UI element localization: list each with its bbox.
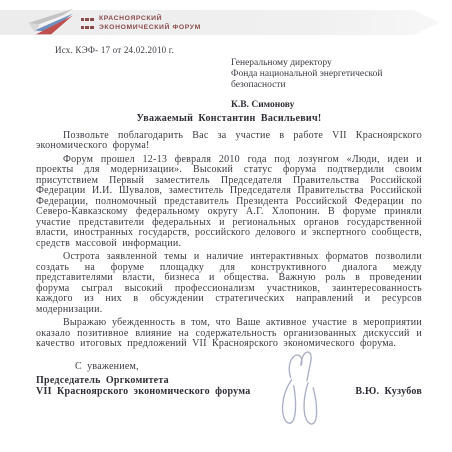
addressee-name: К.В. Симонову bbox=[231, 100, 431, 111]
logo-mark-icon bbox=[81, 16, 94, 33]
addressee-line: Генеральному директору bbox=[231, 58, 431, 69]
forum-logo-text: КРАСНОЯРСКИЙ ЭКОНОМИЧЕСКИЙ ФОРУМ bbox=[99, 15, 201, 32]
paragraph-4: Выражаю убежденность в том, что Ваше акт… bbox=[36, 318, 422, 350]
outgoing-reference: Исх. КЭФ- 17 от 24.02.2010 г. bbox=[55, 45, 174, 55]
paragraph-3: Острота заявленной темы и наличие интера… bbox=[36, 252, 422, 315]
forum-logo-line1: КРАСНОЯРСКИЙ bbox=[99, 15, 201, 24]
paragraph-1: Позвольте поблагодарить Вас за участие в… bbox=[36, 131, 422, 152]
addressee-block: Генеральному директору Фонда национально… bbox=[231, 58, 431, 111]
addressee-line: Фонда национальной энергетической bbox=[231, 69, 431, 80]
forum-logo-line2: ЭКОНОМИЧЕСКИЙ ФОРУМ bbox=[99, 24, 201, 33]
forum-logo: КРАСНОЯРСКИЙ ЭКОНОМИЧЕСКИЙ ФОРУМ bbox=[28, 7, 201, 41]
closing-regards: С уважением, bbox=[75, 362, 422, 373]
paragraph-2: Форум прошел 12-13 февраля 2010 года под… bbox=[36, 155, 422, 250]
closing-block: С уважением, Председатель Оргкомитета VI… bbox=[36, 362, 422, 398]
salutation: Уважаемый Константин Васильевич! bbox=[36, 114, 422, 125]
handwritten-signature bbox=[276, 347, 338, 435]
addressee-line: безопасности bbox=[231, 80, 431, 91]
signer-title-line1: Председатель Оргкомитета bbox=[36, 376, 422, 387]
signer-title-line2: VII Красноярского экономического форума bbox=[36, 387, 251, 398]
paper-plane-logo-icon bbox=[28, 7, 76, 41]
signer-name: В.Ю. Кузубов bbox=[355, 387, 422, 398]
scanned-letter-page: КРАСНОЯРСКИЙ ЭКОНОМИЧЕСКИЙ ФОРУМ Исх. КЭ… bbox=[0, 0, 452, 452]
closing-row: VII Красноярского экономического форума … bbox=[36, 387, 422, 398]
letter-body: Уважаемый Константин Васильевич! Позволь… bbox=[36, 114, 422, 397]
